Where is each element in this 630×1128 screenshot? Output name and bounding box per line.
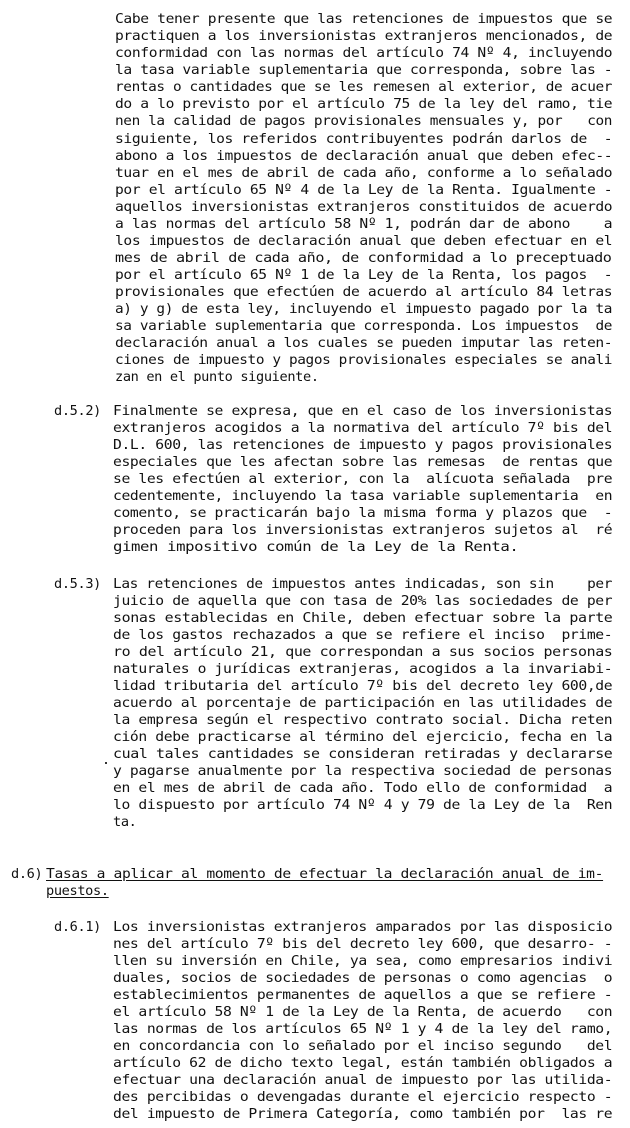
text-line: abono a los impuestos de declaración anu… (115, 148, 612, 165)
text-line: a) y g) de esta ley, incluyendo el impue… (115, 301, 612, 318)
text-line: Finalmente se expresa, que en el caso de… (113, 403, 612, 420)
text-line: sonas establecidas en Chile, deben efect… (113, 610, 612, 627)
text-line: se les efectúen al exterior, con la alíc… (113, 471, 612, 488)
text-line: ciones de impuesto y pagos provisionales… (115, 352, 612, 369)
text-line: Las retenciones de impuestos antes indic… (113, 576, 612, 593)
text-line: lidad tributaria del artículo 7º bis del… (113, 678, 612, 695)
text-line: y pagarse anualmente por la respectiva s… (113, 763, 612, 780)
text-line: nes del artículo 7º bis del decreto ley … (113, 936, 612, 953)
text-line: Los inversionistas extranjeros amparados… (113, 919, 612, 936)
text-line: extranjeros acogidos a la normativa del … (113, 420, 612, 437)
text-line: de los gastos rechazados a que se refier… (113, 627, 612, 644)
text-line: Cabe tener presente que las retenciones … (115, 11, 612, 28)
scanned-document-page: Cabe tener presente que las retenciones … (0, 0, 630, 1128)
text-line: las normas de los artículos 65 Nº 1 y 4 … (113, 1021, 612, 1038)
text-line: naturales o jurídicas extranjeras, acogi… (113, 661, 612, 678)
text-line: comento, se practicarán bajo la misma fo… (113, 505, 612, 522)
text-line: acuerdo al porcentaje de participación e… (113, 695, 612, 712)
text-line: el artículo 58 Nº 1 de la Ley de la Rent… (113, 1004, 612, 1021)
text-line: zan en el punto siguiente. (115, 369, 319, 386)
text-line: ción debe practicarse al término del eje… (113, 729, 612, 746)
text-line: la tasa variable suplementaria que corre… (115, 62, 612, 79)
text-line: siguiente, los referidos contribuyentes … (115, 131, 612, 148)
text-line: cedentemente, incluyendo la tasa variabl… (113, 488, 612, 505)
text-line: cual tales cantidades se consideran reti… (113, 746, 612, 763)
text-line: en el mes de abril de cada año. Todo ell… (113, 780, 612, 797)
text-line: gimen impositivo común de la Ley de la R… (113, 539, 518, 556)
text-line: des percibidas o devengadas durante el e… (113, 1089, 612, 1106)
text-line: nen la calidad de pagos provisionales me… (115, 113, 612, 130)
text-line: ro del artículo 21, que correspondan a s… (113, 644, 612, 661)
text-line: efectuar una declaración anual de impues… (113, 1072, 612, 1089)
section-label: d.6) (11, 866, 42, 883)
text-line: los impuestos de declaración anual que d… (115, 233, 612, 250)
text-line: la empresa según el respectivo contrato … (113, 712, 612, 729)
text-line: tuar en el mes de abril de cada año, con… (115, 165, 612, 182)
text-line: establecimientos permanentes de aquellos… (113, 987, 612, 1004)
text-line: llen su inversión en Chile, ya sea, como… (113, 953, 612, 970)
text-line: provisionales que efectúen de acuerdo al… (115, 284, 612, 301)
text-line: mes de abril de cada año, de conformidad… (115, 250, 611, 267)
text-line: artículo 62 de dicho texto legal, están … (113, 1055, 612, 1072)
text-line: lo dispuesto por artículo 74 Nº 4 y 79 d… (113, 797, 612, 814)
text-line: a las normas del artículo 58 Nº 1, podrá… (115, 216, 612, 233)
scan-speck (105, 762, 107, 764)
text-line: rentas o cantidades que se les remesen a… (115, 79, 612, 96)
section-label: d.5.2) (54, 403, 101, 420)
text-line: por el artículo 65 Nº 4 de la Ley de la … (115, 182, 612, 199)
text-line: especiales que les afectan sobre las rem… (113, 454, 612, 471)
text-line: do a lo previsto por el artículo 75 de l… (115, 96, 612, 113)
text-line: en concordancia con lo señalado por el i… (113, 1038, 612, 1055)
text-line: ta. (113, 814, 137, 831)
text-line: aquellos inversionistas extranjeros cons… (115, 199, 612, 216)
text-line: sa variable suplementaria que correspond… (115, 318, 612, 335)
section-label: d.6.1) (54, 919, 101, 936)
text-line: del impuesto de Primera Categoría, como … (113, 1106, 612, 1123)
text-line: juicio de aquella que con tasa de 20% la… (113, 593, 612, 610)
heading-line: Tasas a aplicar al momento de efectuar l… (46, 866, 603, 883)
text-line: conformidad con las normas del artículo … (115, 45, 612, 62)
text-line: practiquen a los inversionistas extranje… (115, 28, 612, 45)
text-line: declaración anual a los cuales se pueden… (115, 335, 612, 352)
text-line: D.L. 600, las retenciones de impuesto y … (113, 437, 612, 454)
heading-line: puestos. (46, 883, 109, 900)
text-line: proceden para los inversionistas extranj… (113, 522, 612, 539)
text-line: por el artículo 65 Nº 1 de la Ley de la … (115, 267, 612, 284)
text-line: duales, socios de sociedades de personas… (113, 970, 612, 987)
section-label: d.5.3) (54, 576, 101, 593)
